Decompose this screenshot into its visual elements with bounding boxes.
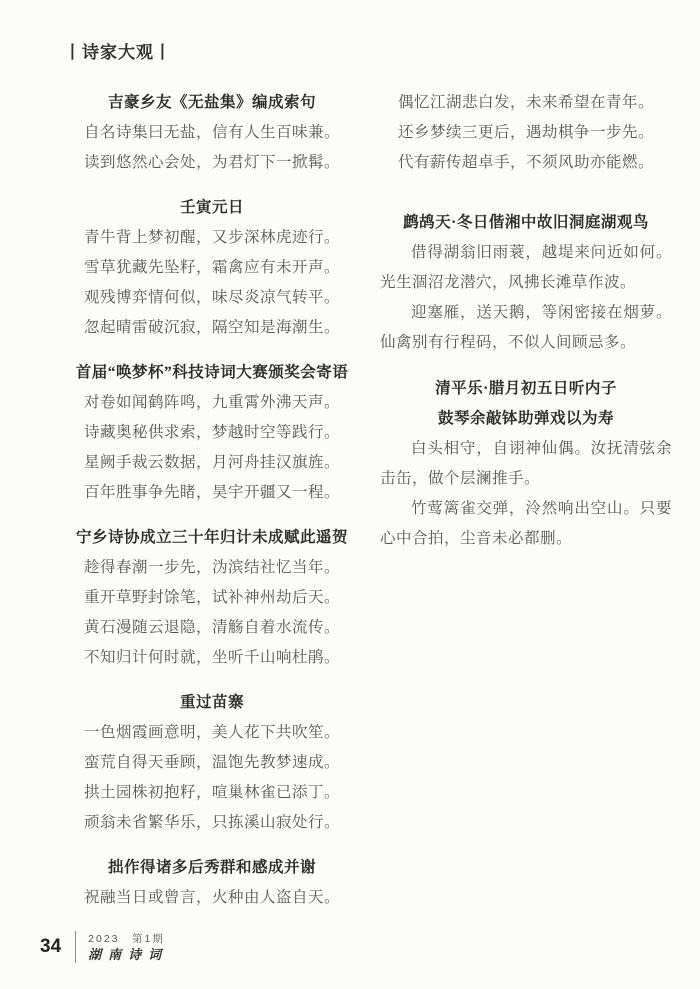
- poem-title: 鹧鸪天·冬日偕湘中故旧洞庭湖观鸟: [380, 208, 672, 238]
- poem-line: 青牛背上梦初醒，又步深林虎迹行。: [56, 223, 368, 253]
- poem-line: 读到悠然心会处，为君灯下一掀髯。: [56, 148, 368, 178]
- content-columns: 吉豪乡友《无盐集》编成索句 自名诗集曰无盐，信有人生百味兼。 读到悠然心会处，为…: [56, 82, 672, 928]
- poem-line: 诗藏奥秘供求索，梦越时空等践行。: [56, 418, 368, 448]
- poem-line: 黄石漫随云退隐，清觞自着水流传。: [56, 613, 368, 643]
- poem-title: 清平乐·腊月初五日听内子: [380, 374, 672, 404]
- magazine-page: 丨诗家大观丨 吉豪乡友《无盐集》编成索句 自名诗集曰无盐，信有人生百味兼。 读到…: [0, 0, 700, 989]
- poem-line: 雪草犹藏先坠籽，霜禽应有未开声。: [56, 253, 368, 283]
- poem-title: 吉豪乡友《无盐集》编成索句: [56, 88, 368, 118]
- page-number: 34: [40, 936, 61, 958]
- poem-title: 拙作得诸多后秀群和感成并谢: [56, 853, 368, 883]
- page-footer: 34 2023 第1期 湖南诗词: [40, 931, 168, 963]
- poem-paragraph: 迎塞雁，送天鹅，等闲密接在烟萝。仙禽别有行程码，不似人间顾忌多。: [380, 298, 672, 358]
- poem-line: 观残博弈情何似，味尽炎凉气转平。: [56, 283, 368, 313]
- poem: 宁乡诗协成立三十年归计未成赋此遥贺 趁得春潮一步先，沩滨结社忆当年。 重开草野封…: [56, 523, 368, 673]
- right-column: 偶忆江湖悲白发，未来希望在青年。 还乡梦续三更后，遇劫棋争一步先。 代有薪传超卓…: [380, 82, 672, 928]
- poem: 壬寅元日 青牛背上梦初醒，又步深林虎迹行。 雪草犹藏先坠籽，霜禽应有未开声。 观…: [56, 193, 368, 343]
- poem-paragraph: 白头相守，自诩神仙偶。汝抚清弦余击缶，做个层澜推手。: [380, 434, 672, 494]
- poem-subtitle: 鼓琴余敲钵助弹戏以为寿: [380, 404, 672, 434]
- poem-line: 代有薪传超卓手，不须风助亦能燃。: [380, 148, 672, 178]
- poem-line: 对卷如闻鹤阵鸣，九重霄外沸天声。: [56, 388, 368, 418]
- footer-divider: [75, 931, 76, 963]
- magazine-name: 湖南诗词: [88, 946, 168, 963]
- poem-line: 拱土园株初抱籽，喧巢林雀已添丁。: [56, 778, 368, 808]
- poem-line: 自名诗集曰无盐，信有人生百味兼。: [56, 118, 368, 148]
- poem-line: 不知归计何时就，坐听千山响杜鹃。: [56, 643, 368, 673]
- poem: 吉豪乡友《无盐集》编成索句 自名诗集曰无盐，信有人生百味兼。 读到悠然心会处，为…: [56, 88, 368, 178]
- poem-paragraph: 竹莺篱雀交弹，泠然响出空山。只要心中合拍，尘音未必都删。: [380, 494, 672, 554]
- poem: 清平乐·腊月初五日听内子 鼓琴余敲钵助弹戏以为寿 白头相守，自诩神仙偶。汝抚清弦…: [380, 374, 672, 554]
- poem-line: 祝融当日或曾言，火种由人盗自天。: [56, 883, 368, 913]
- poem-line: 蛮荒自得天垂顾，温饱先教梦速成。: [56, 748, 368, 778]
- left-column: 吉豪乡友《无盐集》编成索句 自名诗集曰无盐，信有人生百味兼。 读到悠然心会处，为…: [56, 82, 368, 928]
- poem-line: 百年胜事争先睹，昊宇开疆又一程。: [56, 478, 368, 508]
- poem-line: 一色烟霞画意明，美人花下共吹笙。: [56, 718, 368, 748]
- poem-title: 重过苗寨: [56, 688, 368, 718]
- footer-publication-info: 2023 第1期 湖南诗词: [88, 932, 168, 963]
- poem-line: 偶忆江湖悲白发，未来希望在青年。: [380, 88, 672, 118]
- poem-line: 重开草野封馀笔，试补神州劫后天。: [56, 583, 368, 613]
- section-header: 丨诗家大观丨: [64, 38, 172, 63]
- poem-line: 趁得春潮一步先，沩滨结社忆当年。: [56, 553, 368, 583]
- poem-paragraph: 借得湖翁旧雨蓑，越堤来问近如何。光生涸沼龙潜穴，风拂长滩草作波。: [380, 238, 672, 298]
- poem-continuation: 偶忆江湖悲白发，未来希望在青年。 还乡梦续三更后，遇劫棋争一步先。 代有薪传超卓…: [380, 88, 672, 178]
- poem: 首届“唤梦杯”科技诗词大赛颁奖会寄语 对卷如闻鹤阵鸣，九重霄外沸天声。 诗藏奥秘…: [56, 358, 368, 508]
- poem-line: 忽起晴雷破沉寂，隔空知是海潮生。: [56, 313, 368, 343]
- poem-line: 星阙手裁云数据，月河舟挂汉旗旌。: [56, 448, 368, 478]
- poem-title: 壬寅元日: [56, 193, 368, 223]
- poem-line: 还乡梦续三更后，遇劫棋争一步先。: [380, 118, 672, 148]
- issue-label: 2023 第1期: [88, 932, 168, 946]
- poem-title: 宁乡诗协成立三十年归计未成赋此遥贺: [56, 523, 368, 553]
- poem-title: 首届“唤梦杯”科技诗词大赛颁奖会寄语: [56, 358, 368, 388]
- poem: 重过苗寨 一色烟霞画意明，美人花下共吹笙。 蛮荒自得天垂顾，温饱先教梦速成。 拱…: [56, 688, 368, 838]
- poem: 鹧鸪天·冬日偕湘中故旧洞庭湖观鸟 借得湖翁旧雨蓑，越堤来问近如何。光生涸沼龙潜穴…: [380, 208, 672, 358]
- poem: 拙作得诸多后秀群和感成并谢 祝融当日或曾言，火种由人盗自天。: [56, 853, 368, 913]
- poem-line: 顽翁未省繁华乐，只拣溪山寂处行。: [56, 808, 368, 838]
